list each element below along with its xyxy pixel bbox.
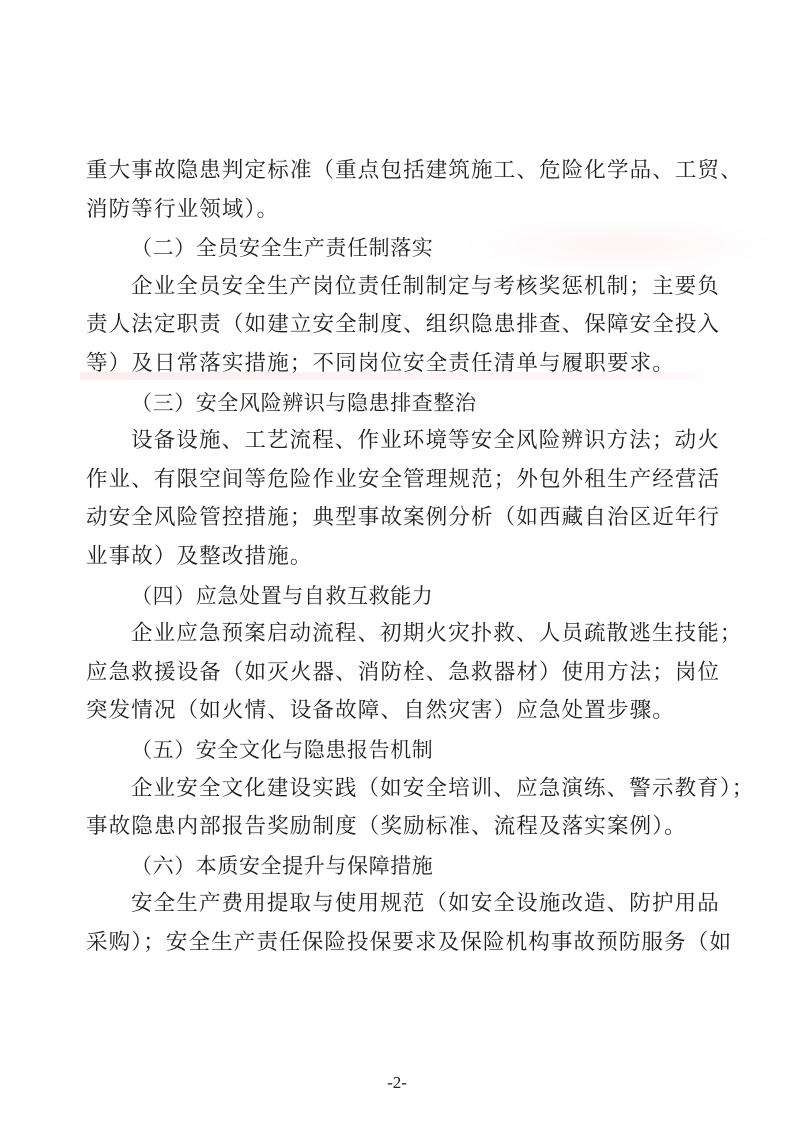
text-line-continuation: 业事故）及整改措施。 — [86, 538, 702, 577]
section-heading-2: （二）全员安全生产责任制落实 — [86, 229, 702, 268]
text-line-continuation: 责人法定职责（如建立安全制度、组织隐患排查、保障安全投入 — [86, 306, 702, 345]
text-line-continuation: 动安全风险管控措施；典型事故案例分析（如西藏自治区近年行 — [86, 499, 702, 538]
text-line-continuation: 等）及日常落实措施；不同岗位安全责任清单与履职要求。 — [86, 345, 702, 384]
paragraph-first-line: 设备设施、工艺流程、作业环境等安全风险辨识方法；动火 — [86, 422, 702, 461]
text-line-continuation: 采购）；安全生产责任保险投保要求及保险机构事故预防服务（如 — [86, 924, 702, 963]
document-body: 重大事故隐患判定标准（重点包括建筑施工、危险化学品、工贸、 消防等行业领域）。 … — [86, 152, 702, 962]
text-line-continuation: 重大事故隐患判定标准（重点包括建筑施工、危险化学品、工贸、 — [86, 152, 702, 191]
page-number: -2- — [0, 1073, 794, 1093]
text-line-continuation: 作业、有限空间等危险作业安全管理规范；外包外租生产经营活 — [86, 461, 702, 500]
paragraph-first-line: 安全生产费用提取与使用规范（如安全设施改造、防护用品 — [86, 885, 702, 924]
paragraph-first-line: 企业安全文化建设实践（如安全培训、应急演练、警示教育）； — [86, 770, 702, 809]
text-line-continuation: 突发情况（如火情、设备故障、自然灾害）应急处置步骤。 — [86, 692, 702, 731]
section-heading-3: （三）安全风险辨识与隐患排查整治 — [86, 384, 702, 423]
section-heading-4: （四）应急处置与自救互救能力 — [86, 577, 702, 616]
paragraph-first-line: 企业全员安全生产岗位责任制制定与考核奖惩机制；主要负 — [86, 268, 702, 307]
text-line-continuation: 消防等行业领域）。 — [86, 191, 702, 230]
section-heading-6: （六）本质安全提升与保障措施 — [86, 847, 702, 886]
section-heading-5: （五）安全文化与隐患报告机制 — [86, 731, 702, 770]
paragraph-first-line: 企业应急预案启动流程、初期火灾扑救、人员疏散逃生技能； — [86, 615, 702, 654]
text-line-continuation: 事故隐患内部报告奖励制度（奖励标准、流程及落实案例）。 — [86, 808, 702, 847]
text-line-continuation: 应急救援设备（如灭火器、消防栓、急救器材）使用方法；岗位 — [86, 654, 702, 693]
